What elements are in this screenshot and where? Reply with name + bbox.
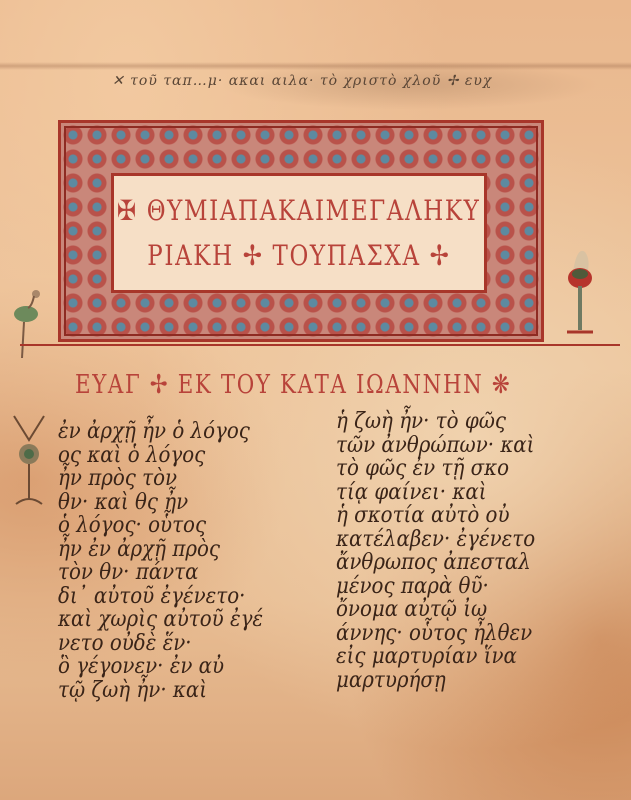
ornamental-initial-icon bbox=[4, 410, 54, 520]
text-line: τὸν θν· πάντα bbox=[58, 561, 263, 585]
text-line: τῷ ζωὴ ἦν· καὶ bbox=[58, 679, 263, 703]
marginal-note: ✕ τοῦ ταπ…μ· ακαι αιλα· τὸ χριστὸ χλοῦ ✢… bbox=[112, 73, 492, 89]
illuminated-headpiece: ✠ ΘΥΜΙΑΠΑΚΑΙΜΕΓΑΛΗΚΥ ΡΙΑΚΗ ✢ ΤΟΥΠΑΣΧΑ ✢ bbox=[58, 120, 544, 342]
text-line: ὄνομα αὐτῷ ἰω bbox=[336, 598, 535, 622]
text-line: ος καὶ ὁ λόγος bbox=[58, 444, 263, 468]
text-line: ἄνθρωπος ἀπεσταλ bbox=[336, 551, 535, 575]
text-line: άννης· οὗτος ἦλθεν bbox=[336, 622, 535, 646]
text-line: μαρτυρήσῃ bbox=[336, 669, 535, 693]
headpiece-rule bbox=[20, 344, 620, 346]
text-line: κατέλαβεν· ἐγένετο bbox=[336, 528, 535, 552]
bird-ornament-icon bbox=[10, 272, 40, 362]
text-line: ἡ σκοτία αὐτὸ οὐ bbox=[336, 504, 535, 528]
text-line: νετο οὐδὲ ἕν· bbox=[58, 632, 263, 656]
text-line: εἰς μαρτυρίαν ἵνα bbox=[336, 645, 535, 669]
text-line: τὸ φῶς ἐν τῇ σκο bbox=[336, 457, 535, 481]
text-line: καὶ χωρὶς αὐτοῦ ἐγέ bbox=[58, 608, 263, 632]
text-line: τίᾳ φαίνει· καὶ bbox=[336, 481, 535, 505]
text-line: ὃ γέγονεν· ἐν αὐ bbox=[58, 655, 263, 679]
gospel-heading: ΕΥΑΓ ✢ ΕΚ ΤΟΥ ΚΑΤΑ ΙΩΑΝΝΗΝ ❋ bbox=[75, 370, 511, 400]
headpiece-title-panel: ✠ ΘΥΜΙΑΠΑΚΑΙΜΕΓΑΛΗΚΥ ΡΙΑΚΗ ✢ ΤΟΥΠΑΣΧΑ ✢ bbox=[111, 173, 487, 293]
flower-ornament-icon bbox=[567, 246, 593, 336]
text-line: ἦν πρὸς τὸν bbox=[58, 467, 263, 491]
text-line: μένος παρὰ θῦ· bbox=[336, 575, 535, 599]
title-line-1: ✠ ΘΥΜΙΑΠΑΚΑΙΜΕΓΑΛΗΚΥ bbox=[117, 194, 481, 227]
text-line: ἐν ἀρχῇ ἦν ὁ λόγος bbox=[58, 420, 263, 444]
text-line: θν· καὶ θς ἦν bbox=[58, 491, 263, 515]
text-line: ἡ ζωὴ ἦν· τὸ φῶς bbox=[336, 410, 535, 434]
title-line-2: ΡΙΑΚΗ ✢ ΤΟΥΠΑΣΧΑ ✢ bbox=[147, 239, 450, 272]
text-line: ἦν ἐν ἀρχῇ πρὸς bbox=[58, 538, 263, 562]
text-line: τῶν ἀνθρώπων· καὶ bbox=[336, 434, 535, 458]
text-line: ὁ λόγος· οὗτος bbox=[58, 514, 263, 538]
text-column-right: ἡ ζωὴ ἦν· τὸ φῶς τῶν ἀνθρώπων· καὶ τὸ φῶ… bbox=[336, 410, 557, 692]
text-column-left: ἐν ἀρχῇ ἦν ὁ λόγος ος καὶ ὁ λόγος ἦν πρὸ… bbox=[58, 420, 286, 702]
text-line: δι᾽ αὐτοῦ ἐγένετο· bbox=[58, 585, 263, 609]
